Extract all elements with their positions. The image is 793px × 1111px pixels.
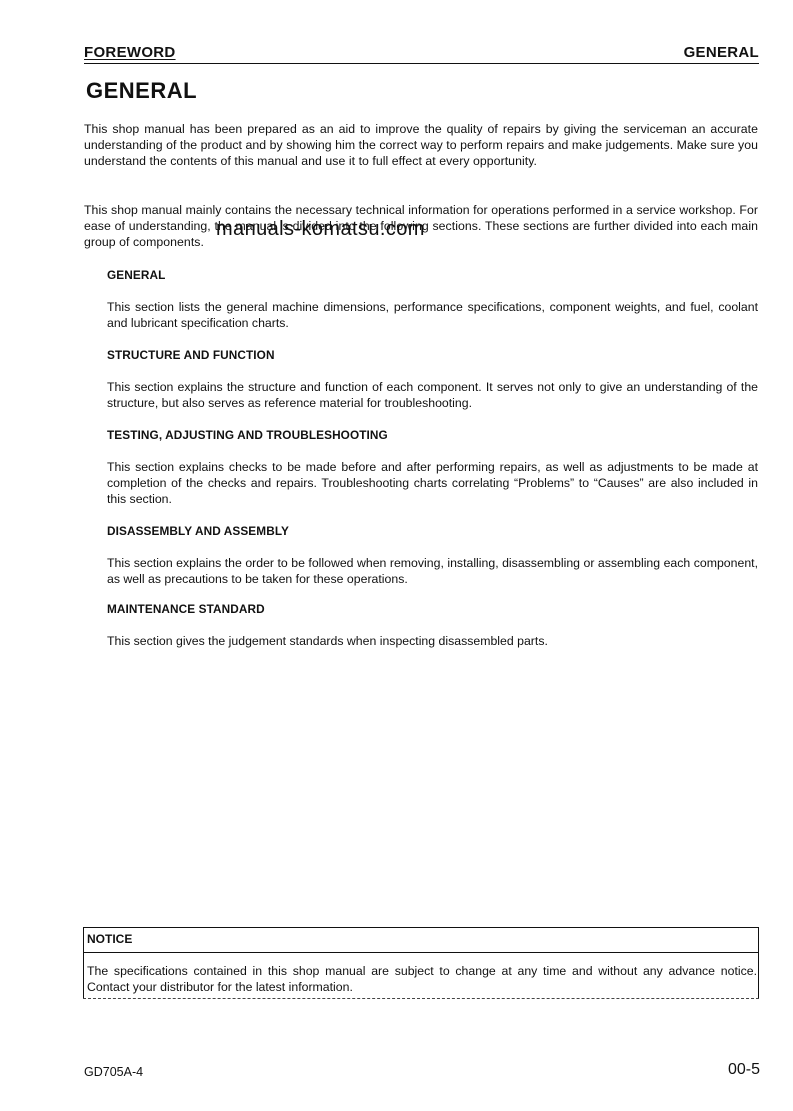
watermark: manuals-komatsu.com	[216, 218, 425, 241]
footer-model: GD705A-4	[84, 1065, 143, 1079]
notice-box: NOTICE The specifications contained in t…	[83, 927, 759, 999]
notice-text: The specifications contained in this sho…	[87, 963, 757, 995]
section-heading-disassembly: DISASSEMBLY AND ASSEMBLY	[107, 524, 289, 538]
page-header: FOREWORD GENERAL	[84, 44, 759, 64]
section-heading-general: GENERAL	[107, 268, 165, 282]
header-chapter: FOREWORD	[84, 44, 176, 61]
section-heading-maintenance: MAINTENANCE STANDARD	[107, 602, 265, 616]
notice-title: NOTICE	[87, 932, 132, 946]
section-heading-testing: TESTING, ADJUSTING AND TROUBLESHOOTING	[107, 428, 388, 442]
section-body-disassembly: This section explains the order to be fo…	[107, 556, 758, 588]
section-body-structure: This section explains the structure and …	[107, 380, 758, 412]
section-body-testing: This section explains checks to be made …	[107, 460, 758, 508]
section-body-general: This section lists the general machine d…	[107, 300, 758, 332]
notice-divider	[84, 952, 758, 953]
section-body-maintenance: This section gives the judgement standar…	[107, 634, 758, 650]
page-title: GENERAL	[86, 78, 197, 104]
header-section: GENERAL	[684, 44, 759, 61]
section-heading-structure: STRUCTURE AND FUNCTION	[107, 348, 275, 362]
intro-paragraph-1: This shop manual has been prepared as an…	[84, 122, 758, 170]
page-number: 00-5	[728, 1061, 760, 1079]
